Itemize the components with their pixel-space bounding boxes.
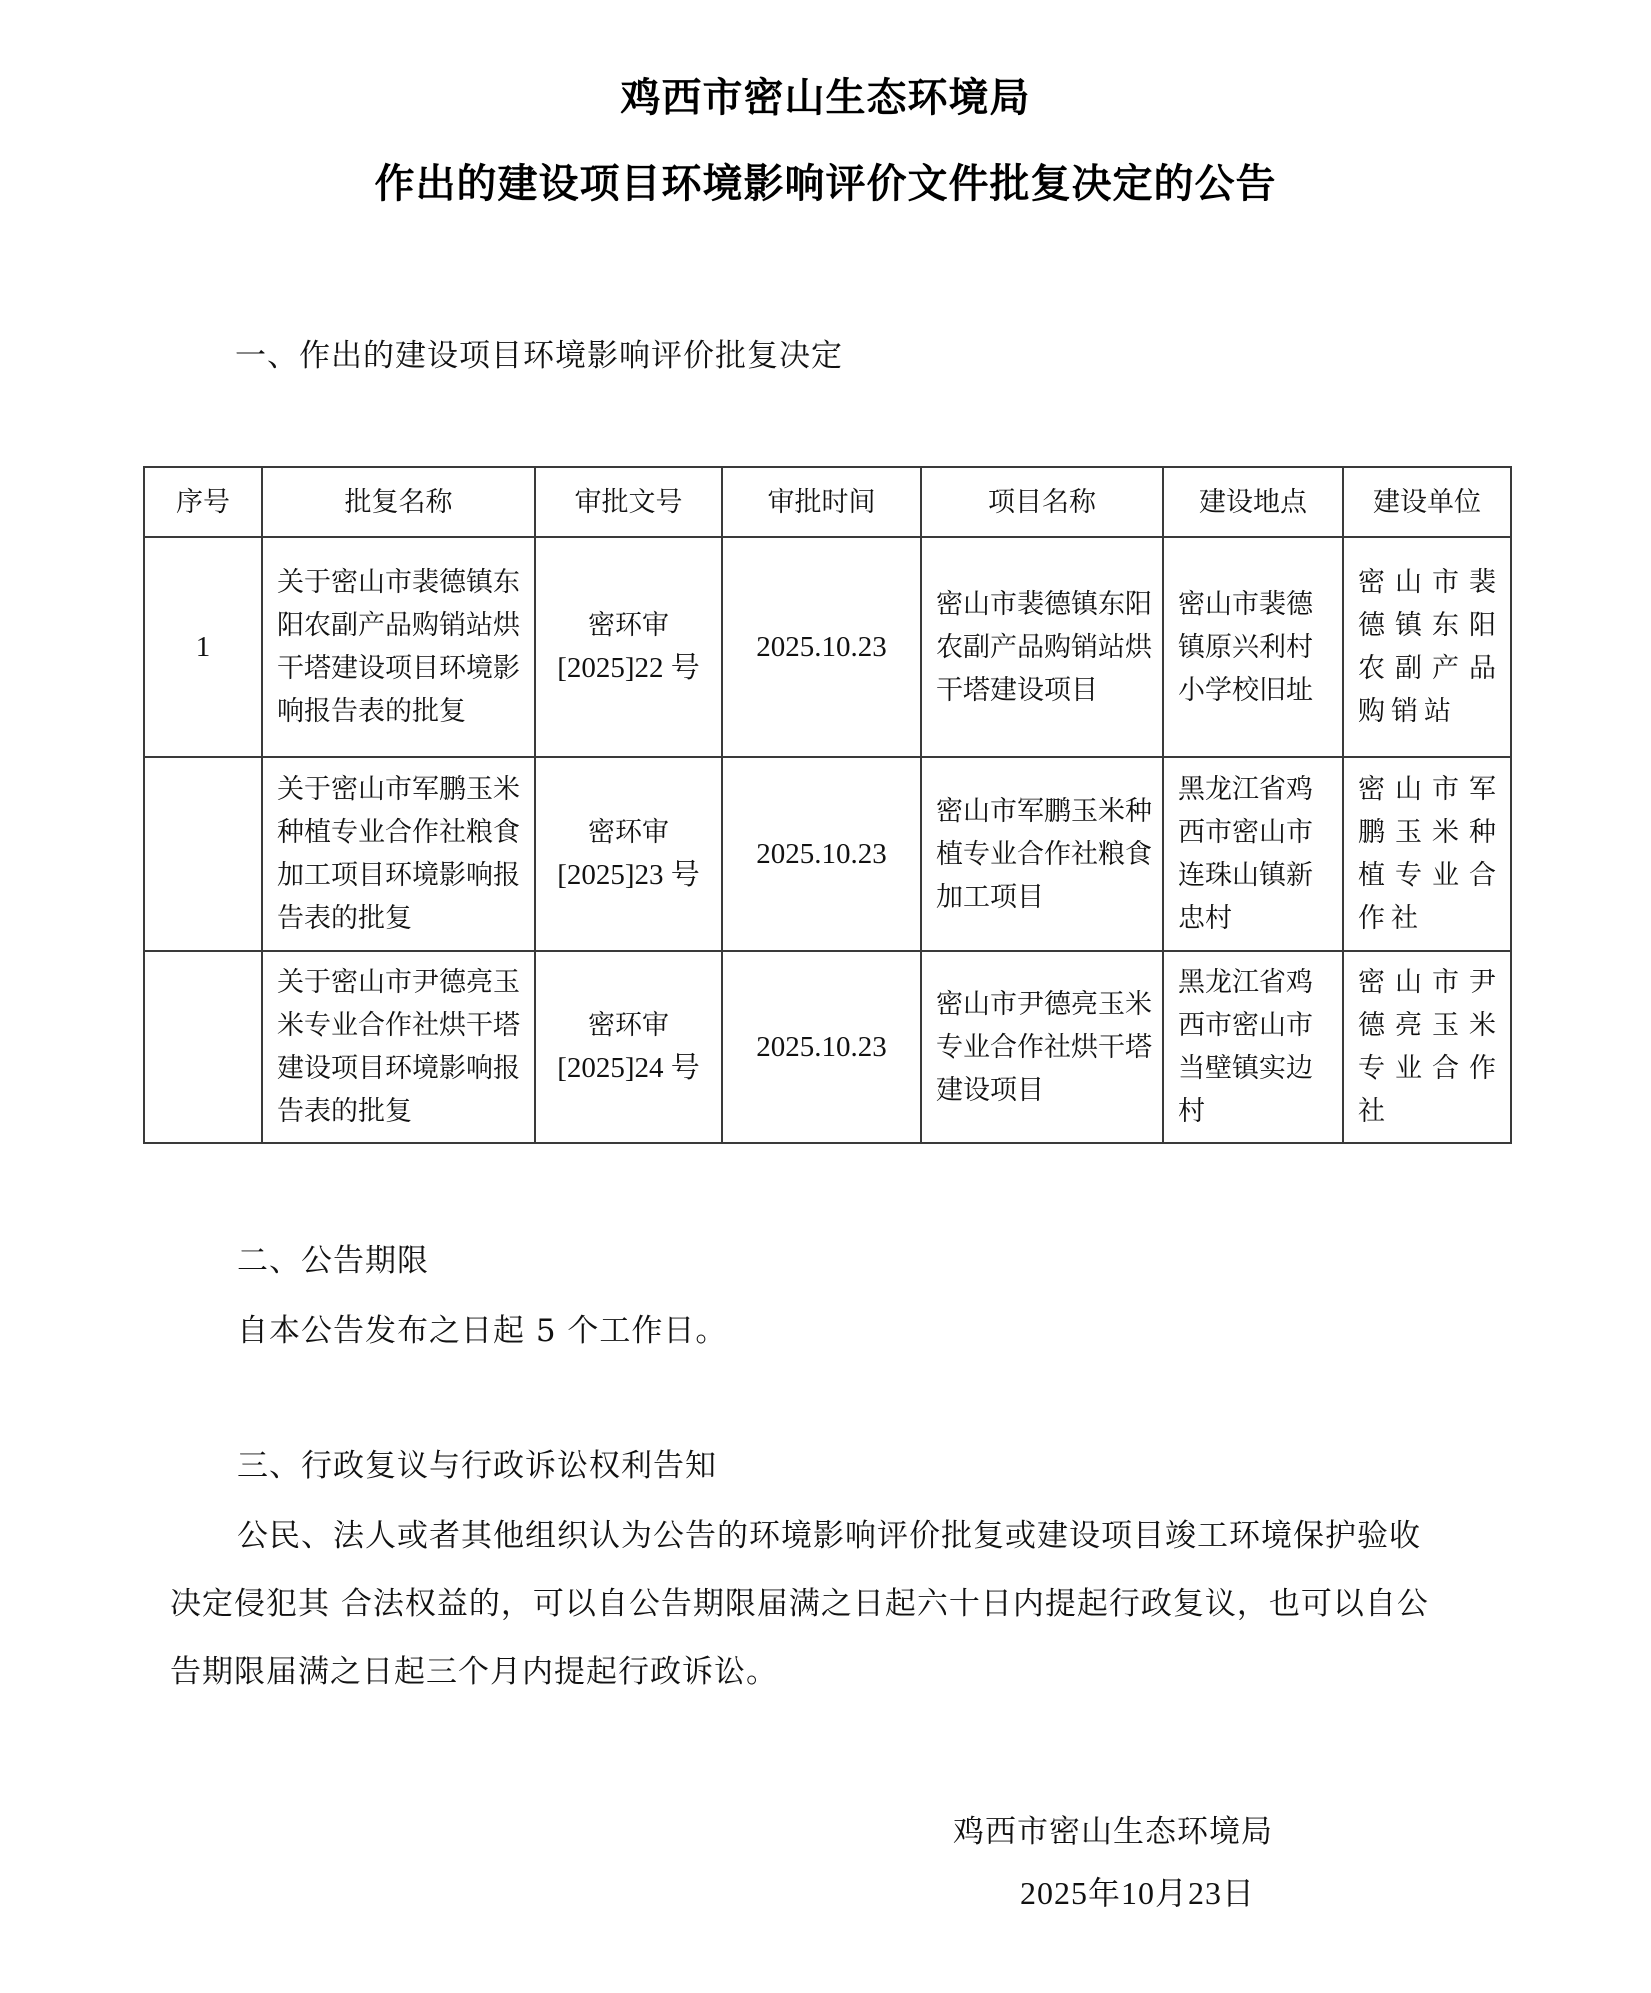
table-row: 1 关于密山市裴德镇东阳农副产品购销站烘干塔建设项目环境影响报告表的批复 密环审… <box>144 537 1511 757</box>
cell-doc-no: 密环审 [2025]22 号 <box>535 537 722 757</box>
cell-approval-date: 2025.10.23 <box>722 757 921 951</box>
column-header-doc-no: 审批文号 <box>535 467 722 537</box>
cell-builder: 密山市裴德镇东阳农副产品购销站 <box>1343 537 1511 757</box>
column-header-seq: 序号 <box>144 467 262 537</box>
cell-project-name: 密山市尹德亮玉米专业合作社烘干塔建设项目 <box>921 951 1163 1143</box>
cell-approval-name: 关于密山市裴德镇东阳农副产品购销站烘干塔建设项目环境影响报告表的批复 <box>262 537 535 757</box>
cell-approval-date: 2025.10.23 <box>722 537 921 757</box>
section-3-body-line-3: 告期限届满之日起三个月内提起行政诉讼。 <box>170 1646 778 1691</box>
doc-no-prefix: 密环审 <box>536 811 721 854</box>
cell-doc-no: 密环审 [2025]23 号 <box>535 757 722 951</box>
cell-location: 黑龙江省鸡西市密山市当壁镇实边村 <box>1163 951 1343 1143</box>
cell-approval-name: 关于密山市军鹏玉米种植专业合作社粮食加工项目环境影响报告表的批复 <box>262 757 535 951</box>
doc-no-prefix: 密环审 <box>536 604 721 647</box>
document-title-line-2: 作出的建设项目环境影响评价文件批复决定的公告 <box>0 152 1651 209</box>
table-row: 关于密山市军鹏玉米种植专业合作社粮食加工项目环境影响报告表的批复 密环审 [20… <box>144 757 1511 951</box>
column-header-builder: 建设单位 <box>1343 467 1511 537</box>
doc-no-prefix: 密环审 <box>536 1004 721 1047</box>
doc-no-number: [2025]22 号 <box>536 647 721 690</box>
doc-no-number: [2025]23 号 <box>536 854 721 897</box>
cell-builder: 密山市军鹏玉米种植专业合作社 <box>1343 757 1511 951</box>
cell-seq <box>144 951 262 1143</box>
cell-location: 密山市裴德镇原兴利村小学校旧址 <box>1163 537 1343 757</box>
column-header-project-name: 项目名称 <box>921 467 1163 537</box>
section-2-body: 自本公告发布之日起 5 个工作日。 <box>237 1305 727 1350</box>
cell-approval-date: 2025.10.23 <box>722 951 921 1143</box>
cell-project-name: 密山市裴德镇东阳农副产品购销站烘干塔建设项目 <box>921 537 1163 757</box>
cell-location: 黑龙江省鸡西市密山市连珠山镇新忠村 <box>1163 757 1343 951</box>
cell-seq: 1 <box>144 537 262 757</box>
document-title-line-1: 鸡西市密山生态环境局 <box>0 66 1651 123</box>
doc-no-number: [2025]24 号 <box>536 1047 721 1090</box>
cell-project-name: 密山市军鹏玉米种植专业合作社粮食加工项目 <box>921 757 1163 951</box>
column-header-approval-date: 审批时间 <box>722 467 921 537</box>
approval-decisions-table: 序号 批复名称 审批文号 审批时间 项目名称 建设地点 建设单位 1 关于密山市… <box>143 466 1512 1144</box>
column-header-approval-name: 批复名称 <box>262 467 535 537</box>
table-header-row: 序号 批复名称 审批文号 审批时间 项目名称 建设地点 建设单位 <box>144 467 1511 537</box>
cell-doc-no: 密环审 [2025]24 号 <box>535 951 722 1143</box>
signature-date: 2025年10月23日 <box>1020 1868 1255 1914</box>
cell-builder: 密山市尹德亮玉米专业合作社 <box>1343 951 1511 1143</box>
table-row: 关于密山市尹德亮玉米专业合作社烘干塔建设项目环境影响报告表的批复 密环审 [20… <box>144 951 1511 1143</box>
section-1-heading: 一、作出的建设项目环境影响评价批复决定 <box>235 330 843 375</box>
column-header-location: 建设地点 <box>1163 467 1343 537</box>
cell-seq <box>144 757 262 951</box>
signature-organization: 鸡西市密山生态环境局 <box>953 1806 1273 1851</box>
section-2-heading: 二、公告期限 <box>237 1235 429 1280</box>
section-3-heading: 三、行政复议与行政诉讼权利告知 <box>237 1440 717 1485</box>
section-3-body-line-2: 决定侵犯其 合法权益的，可以自公告期限届满之日起六十日内提起行政复议，也可以自公 <box>170 1578 1429 1623</box>
section-3-body-line-1: 公民、法人或者其他组织认为公告的环境影响评价批复或建设项目竣工环境保护验收 <box>237 1510 1421 1555</box>
cell-approval-name: 关于密山市尹德亮玉米专业合作社烘干塔建设项目环境影响报告表的批复 <box>262 951 535 1143</box>
